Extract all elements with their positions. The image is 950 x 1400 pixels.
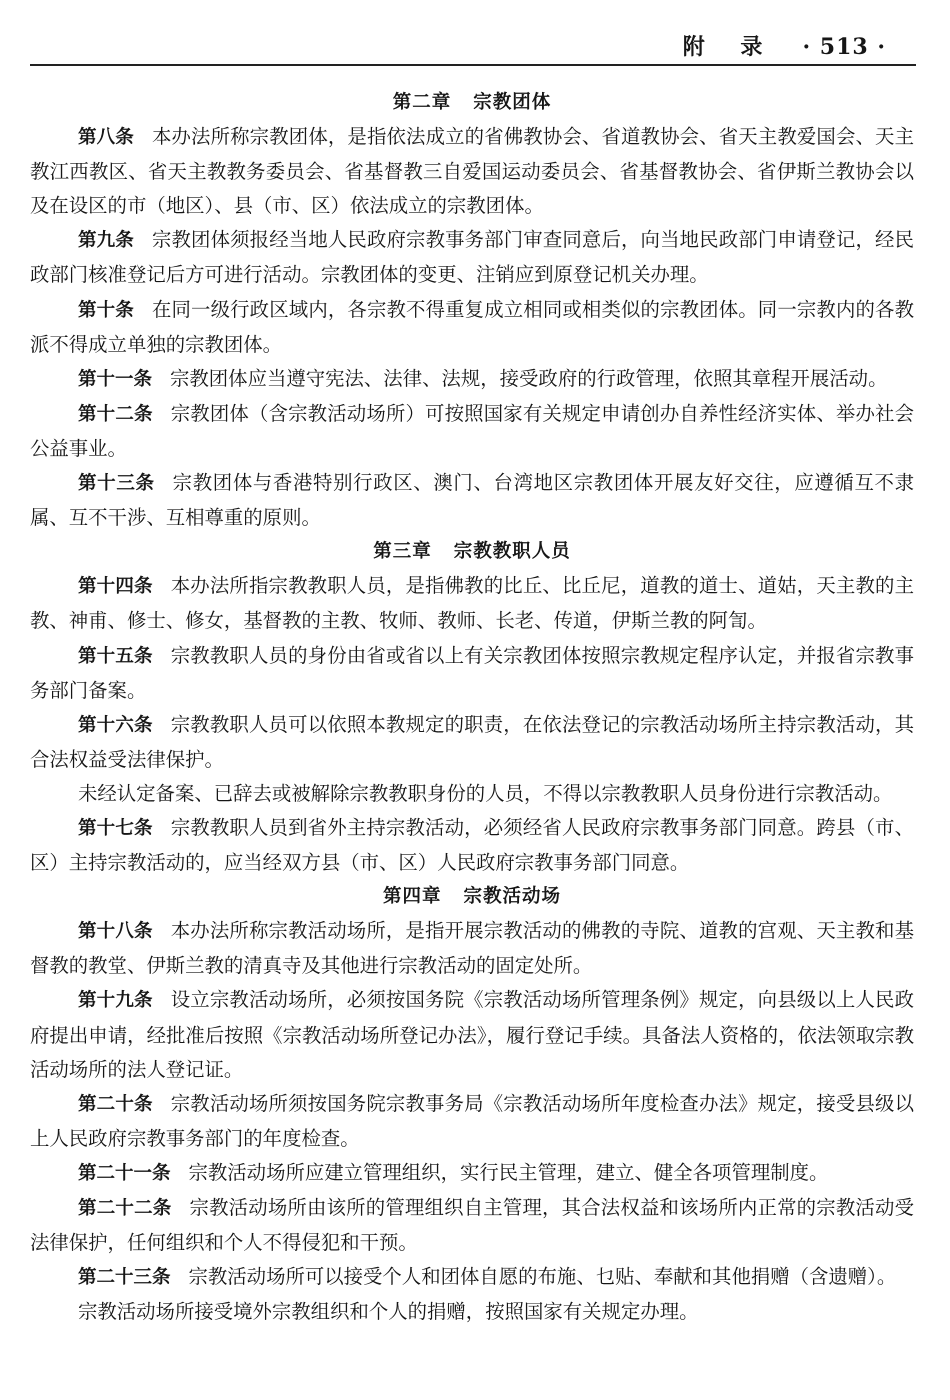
running-head: 附 录· 513 · <box>683 30 886 61</box>
article: 第二十二条宗教活动场所由该所的管理组织自主管理，其合法权益和该场所内正常的宗教活… <box>30 1191 914 1260</box>
article-label: 第十六条 <box>78 715 153 736</box>
article: 第十条在同一级行政区域内，各宗教不得重复成立相同或相类似的宗教团体。同一宗教内的… <box>30 293 914 362</box>
paragraph: 宗教活动场所接受境外宗教组织和个人的捐赠，按照国家有关规定办理。 <box>30 1295 914 1329</box>
section-title: 附 录 <box>683 34 777 60</box>
article-text: 宗教团体（含宗教活动场所）可按照国家有关规定申请创办自养性经济实体、举办社会公益… <box>30 402 914 460</box>
article-text: 宗教活动场所接受境外宗教组织和个人的捐赠，按照国家有关规定办理。 <box>78 1300 699 1323</box>
article-label: 第十五条 <box>78 646 153 667</box>
article-text: 本办法所称宗教团体，是指依法成立的省佛教协会、省道教协会、省天主教爱国会、天主教… <box>30 125 914 217</box>
chapter-title: 宗教活动场 <box>464 886 562 907</box>
article-label: 第十三条 <box>78 473 155 494</box>
article-text: 宗教教职人员可以依照本教规定的职责，在依法登记的宗教活动场所主持宗教活动，其合法… <box>30 713 914 771</box>
page-number: · 513 · <box>802 34 886 60</box>
article: 第二十条宗教活动场所须按国务院宗教事务局《宗教活动场所年度检查办法》规定，接受县… <box>30 1087 914 1156</box>
article: 第十一条宗教团体应当遵守宪法、法律、法规，接受政府的行政管理，依照其章程开展活动… <box>30 362 914 397</box>
article-label: 第二十二条 <box>78 1198 171 1219</box>
article: 第十五条宗教教职人员的身份由省或省以上有关宗教团体按照宗教规定程序认定，并报省宗… <box>30 639 914 708</box>
article: 第九条宗教团体须报经当地人民政府宗教事务部门审查同意后，向当地民政部门申请登记，… <box>30 223 914 292</box>
article-label: 第十七条 <box>78 818 153 839</box>
article-text: 本办法所称宗教活动场所，是指开展宗教活动的佛教的寺院、道教的宫观、天主教和基督教… <box>30 919 914 977</box>
article-label: 第二十条 <box>78 1094 153 1115</box>
article-text: 在同一级行政区域内，各宗教不得重复成立相同或相类似的宗教团体。同一宗教内的各教派… <box>30 298 914 356</box>
article: 第二十一条宗教活动场所应建立管理组织，实行民主管理，建立、健全各项管理制度。 <box>30 1156 914 1191</box>
article-text: 设立宗教活动场所，必须按国务院《宗教活动场所管理条例》规定，向县级以上人民政府提… <box>30 988 914 1080</box>
article-text: 宗教活动场所应建立管理组织，实行民主管理，建立、健全各项管理制度。 <box>189 1161 829 1184</box>
chapter-heading: 第三章宗教教职人员 <box>30 535 914 569</box>
article-text: 宗教教职人员到省外主持宗教活动，必须经省人民政府宗教事务部门同意。跨县（市、区）… <box>30 816 914 874</box>
article: 第十七条宗教教职人员到省外主持宗教活动，必须经省人民政府宗教事务部门同意。跨县（… <box>30 811 914 880</box>
article-text: 未经认定备案、已辞去或被解除宗教教职身份的人员，不得以宗教教职人员身份进行宗教活… <box>78 782 892 805</box>
article-text: 本办法所指宗教教职人员，是指佛教的比丘、比丘尼，道教的道士、道姑，天主教的主教、… <box>30 574 914 632</box>
chapter-heading: 第二章宗教团体 <box>30 86 914 120</box>
article-text: 宗教活动场所可以接受个人和团体自愿的布施、乜贴、奉献和其他捐赠（含遗赠）。 <box>189 1265 897 1288</box>
article-label: 第十一条 <box>78 369 152 390</box>
article-label: 第九条 <box>78 230 134 251</box>
paragraph: 未经认定备案、已辞去或被解除宗教教职身份的人员，不得以宗教教职人员身份进行宗教活… <box>30 777 914 811</box>
article-label: 第十九条 <box>78 990 153 1011</box>
page-body: 第二章宗教团体 第八条本办法所称宗教团体，是指依法成立的省佛教协会、省道教协会、… <box>30 86 914 1329</box>
article: 第十四条本办法所指宗教教职人员，是指佛教的比丘、比丘尼，道教的道士、道姑，天主教… <box>30 569 914 638</box>
article: 第十三条宗教团体与香港特别行政区、澳门、台湾地区宗教团体开展友好交往，应遵循互不… <box>30 466 914 535</box>
article-label: 第十四条 <box>78 576 153 597</box>
chapter-title: 宗教团体 <box>473 92 551 113</box>
article: 第十二条宗教团体（含宗教活动场所）可按照国家有关规定申请创办自养性经济实体、举办… <box>30 397 914 466</box>
chapter-title: 宗教教职人员 <box>454 541 571 562</box>
article: 第八条本办法所称宗教团体，是指依法成立的省佛教协会、省道教协会、省天主教爱国会、… <box>30 120 914 223</box>
article-label: 第十条 <box>78 300 134 321</box>
page-header: 附 录· 513 · <box>30 26 916 66</box>
article: 第十六条宗教教职人员可以依照本教规定的职责，在依法登记的宗教活动场所主持宗教活动… <box>30 708 914 777</box>
article-label: 第二十三条 <box>78 1267 171 1288</box>
chapter-number: 第四章 <box>383 886 442 907</box>
article-label: 第二十一条 <box>78 1163 171 1184</box>
article-text: 宗教团体应当遵守宪法、法律、法规，接受政府的行政管理，依照其章程开展活动。 <box>170 367 887 390</box>
article: 第十九条设立宗教活动场所，必须按国务院《宗教活动场所管理条例》规定，向县级以上人… <box>30 983 914 1086</box>
chapter-heading: 第四章宗教活动场 <box>30 880 914 914</box>
article: 第二十三条宗教活动场所可以接受个人和团体自愿的布施、乜贴、奉献和其他捐赠（含遗赠… <box>30 1260 914 1295</box>
article-text: 宗教团体须报经当地人民政府宗教事务部门审查同意后，向当地民政部门申请登记，经民政… <box>30 228 914 286</box>
article-text: 宗教教职人员的身份由省或省以上有关宗教团体按照宗教规定程序认定，并报省宗教事务部… <box>30 644 914 702</box>
article-text: 宗教活动场所须按国务院宗教事务局《宗教活动场所年度检查办法》规定，接受县级以上人… <box>30 1092 914 1150</box>
article: 第十八条本办法所称宗教活动场所，是指开展宗教活动的佛教的寺院、道教的宫观、天主教… <box>30 914 914 983</box>
article-label: 第八条 <box>78 127 134 148</box>
chapter-number: 第三章 <box>373 541 432 562</box>
article-label: 第十二条 <box>78 404 153 425</box>
article-label: 第十八条 <box>78 921 153 942</box>
chapter-number: 第二章 <box>393 92 452 113</box>
article-text: 宗教团体与香港特别行政区、澳门、台湾地区宗教团体开展友好交往，应遵循互不隶属、互… <box>30 471 914 529</box>
